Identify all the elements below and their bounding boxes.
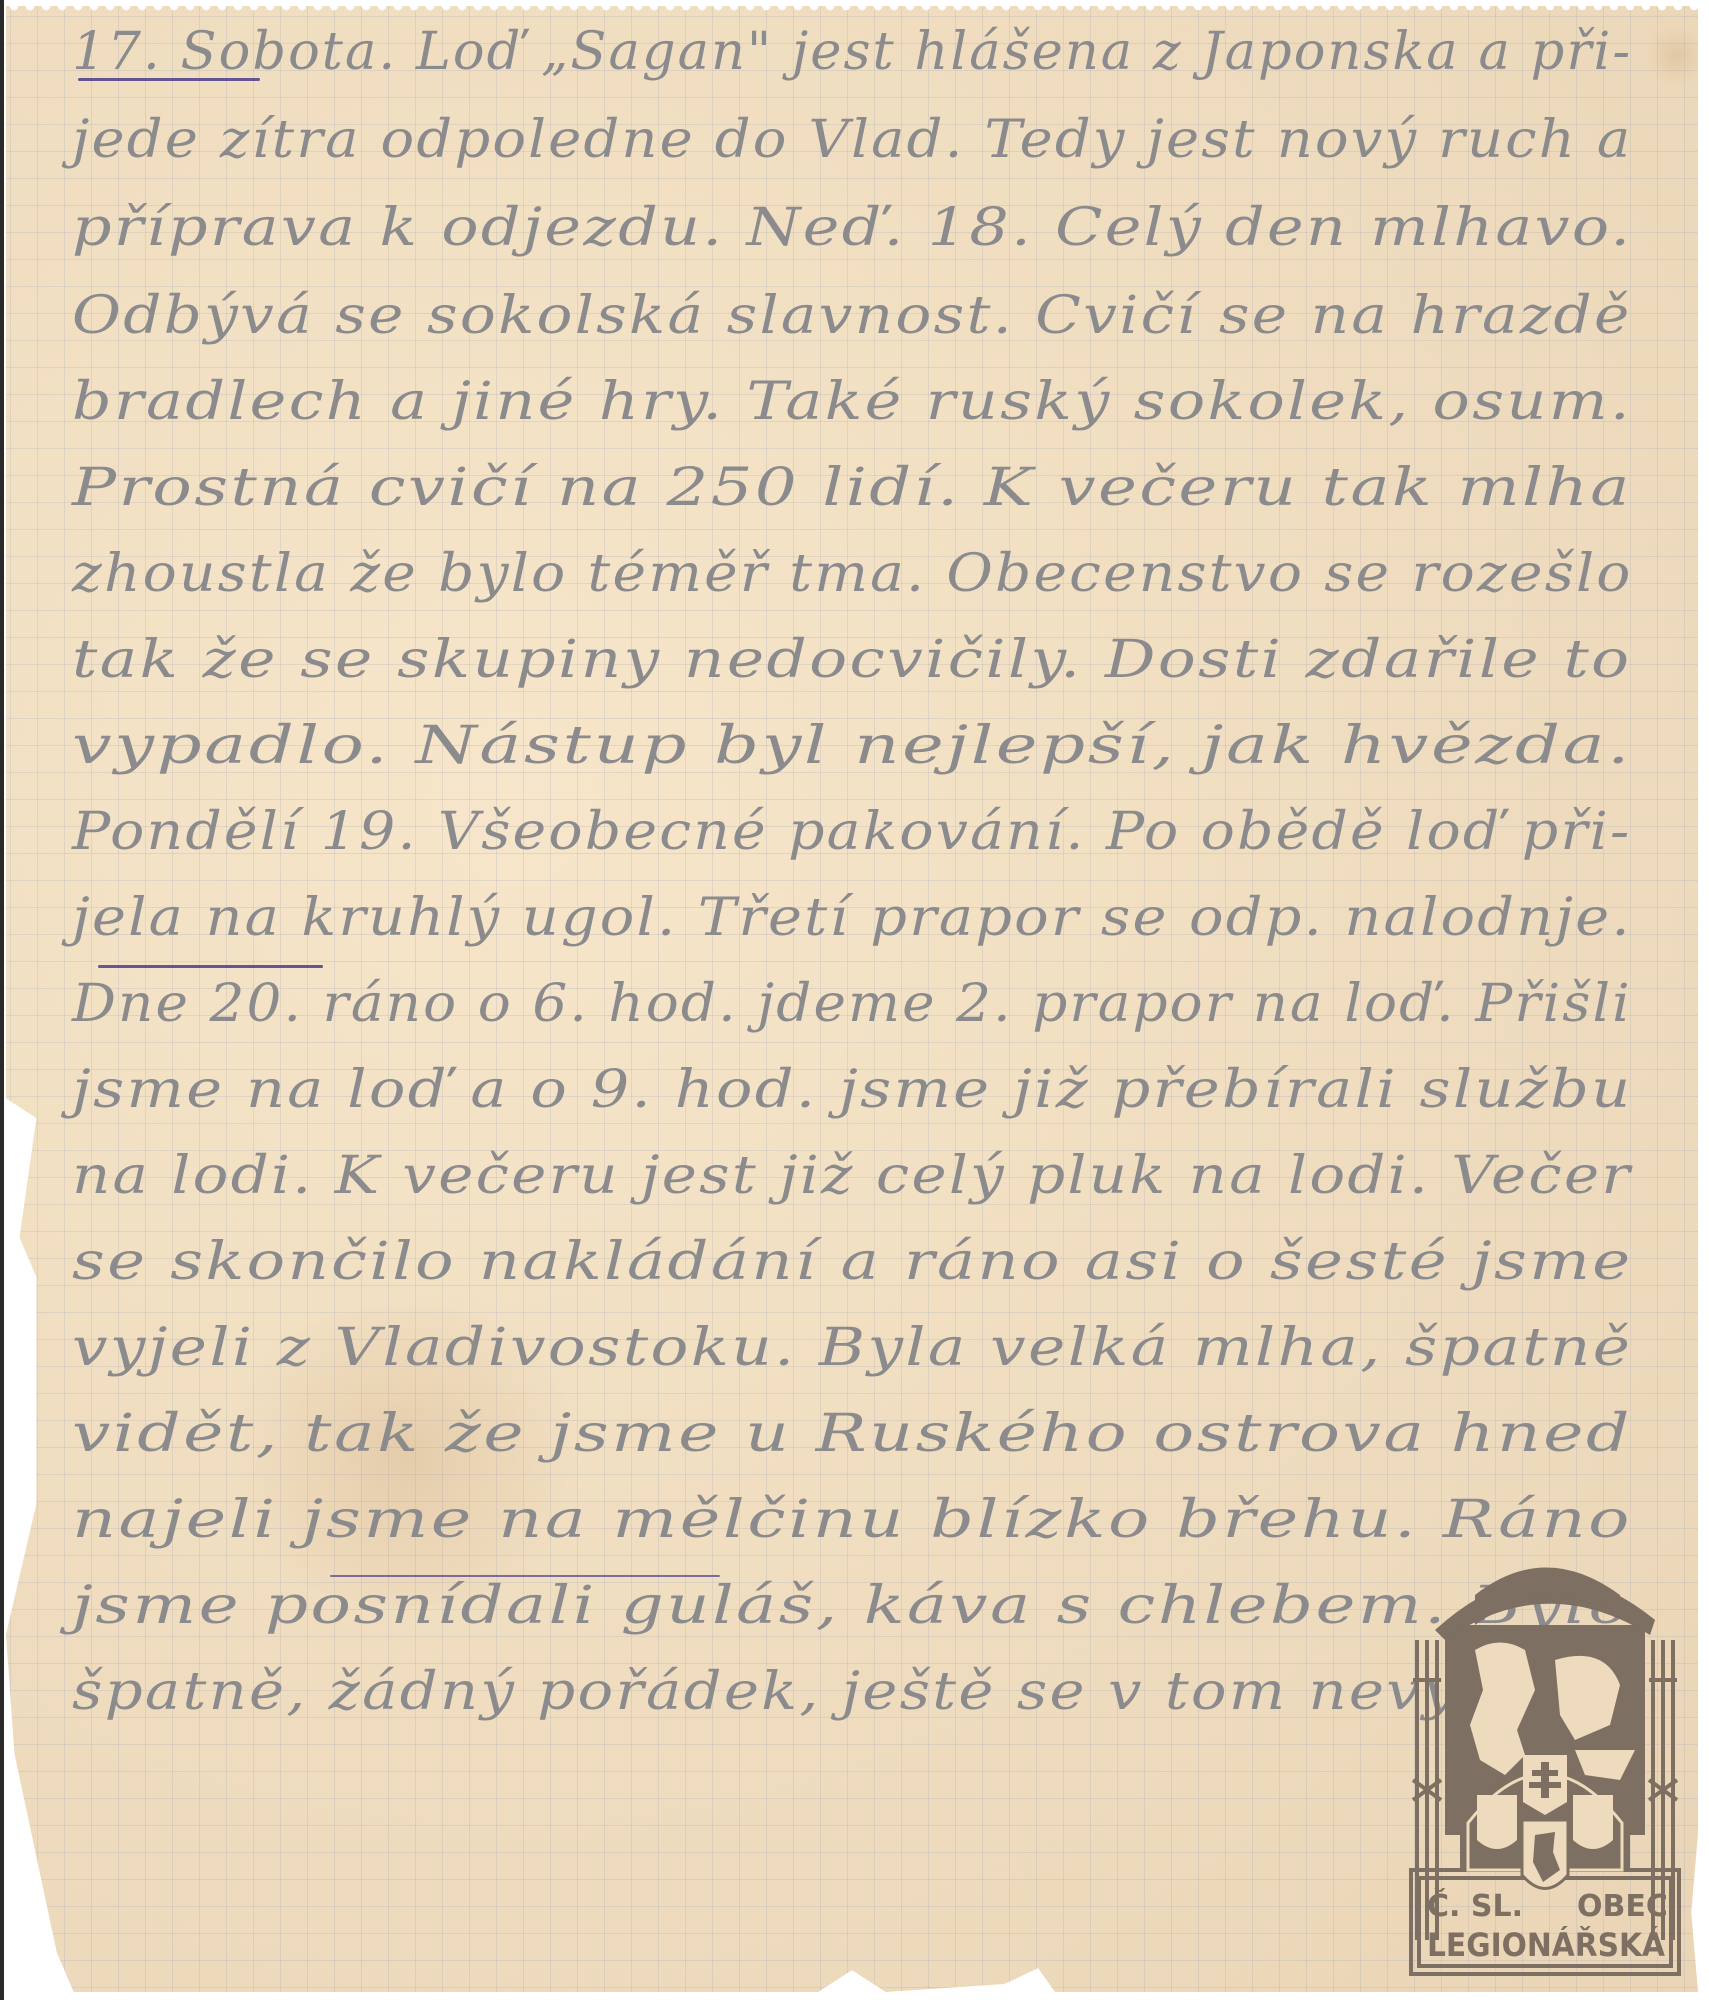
diary-line: vyjeli z Vladivostoku. Byla velká mlha, … — [72, 1318, 1632, 1378]
diary-line: jede zítra odpoledne do Vlad. Tedy jest … — [72, 110, 1632, 170]
diary-line: 17. Sobota. Loď „Sagan" jest hlášena z J… — [72, 22, 1632, 82]
diary-line: se skončilo nakládání a ráno asi o šesté… — [72, 1232, 1633, 1292]
diary-line: Dne 20. ráno o 6. hod. jdeme 2. prapor n… — [72, 974, 1632, 1034]
ink-underline — [330, 1575, 720, 1577]
diary-line: tak že se skupiny nedocvičily. Dosti zda… — [72, 630, 1631, 690]
diary-line: jela na kruhlý ugol. Třetí prapor se odp… — [72, 888, 1632, 948]
diary-line: Odbývá se sokolská slavnost. Cvičí se na… — [72, 286, 1632, 346]
diary-line: Prostná cvičí na 250 lidí. K večeru tak … — [72, 458, 1632, 518]
diary-line: Pondělí 19. Všeobecné pakování. Po obědě… — [72, 802, 1631, 862]
emblem-text-right: OBEC — [1577, 1889, 1668, 1924]
scan-edge — [0, 0, 4, 2000]
diary-line: na lodi. K večeru jest již celý pluk na … — [72, 1146, 1632, 1206]
emblem-text-left: Č. SL. — [1427, 1887, 1523, 1924]
diary-line: najeli jsme na mělčinu blízko břehu. Rán… — [72, 1490, 1632, 1550]
diary-line: špatně, žádný pořádek, ještě se v tom ne… — [72, 1662, 1632, 1722]
ink-underline — [78, 78, 260, 81]
diary-line: zhoustla že bylo téměř tma. Obecenstvo s… — [72, 544, 1633, 604]
legion-emblem: Č. SL. OBEC LEGIONÁŘSKÁ — [1405, 1540, 1685, 1980]
diary-line: vypadlo. Nástup byl nejlepší, jak hvězda… — [72, 716, 1632, 776]
perforated-edge — [6, 6, 1698, 12]
diary-line: bradlech a jiné hry. Také ruský sokolek,… — [72, 372, 1632, 432]
emblem-text-bottom: LEGIONÁŘSKÁ — [1427, 1926, 1665, 1964]
diary-line: jsme posnídali guláš, káva s chlebem. By… — [72, 1576, 1632, 1636]
paper-stain — [1646, 26, 1706, 86]
ink-underline — [98, 965, 323, 968]
diary-line: jsme na loď a o 9. hod. jsme již přebíra… — [72, 1060, 1632, 1120]
diary-line: příprava k odjezdu. Neď. 18. Celý den ml… — [72, 198, 1632, 258]
diary-line: vidět, tak že jsme u Ruského ostrova hne… — [72, 1404, 1632, 1464]
